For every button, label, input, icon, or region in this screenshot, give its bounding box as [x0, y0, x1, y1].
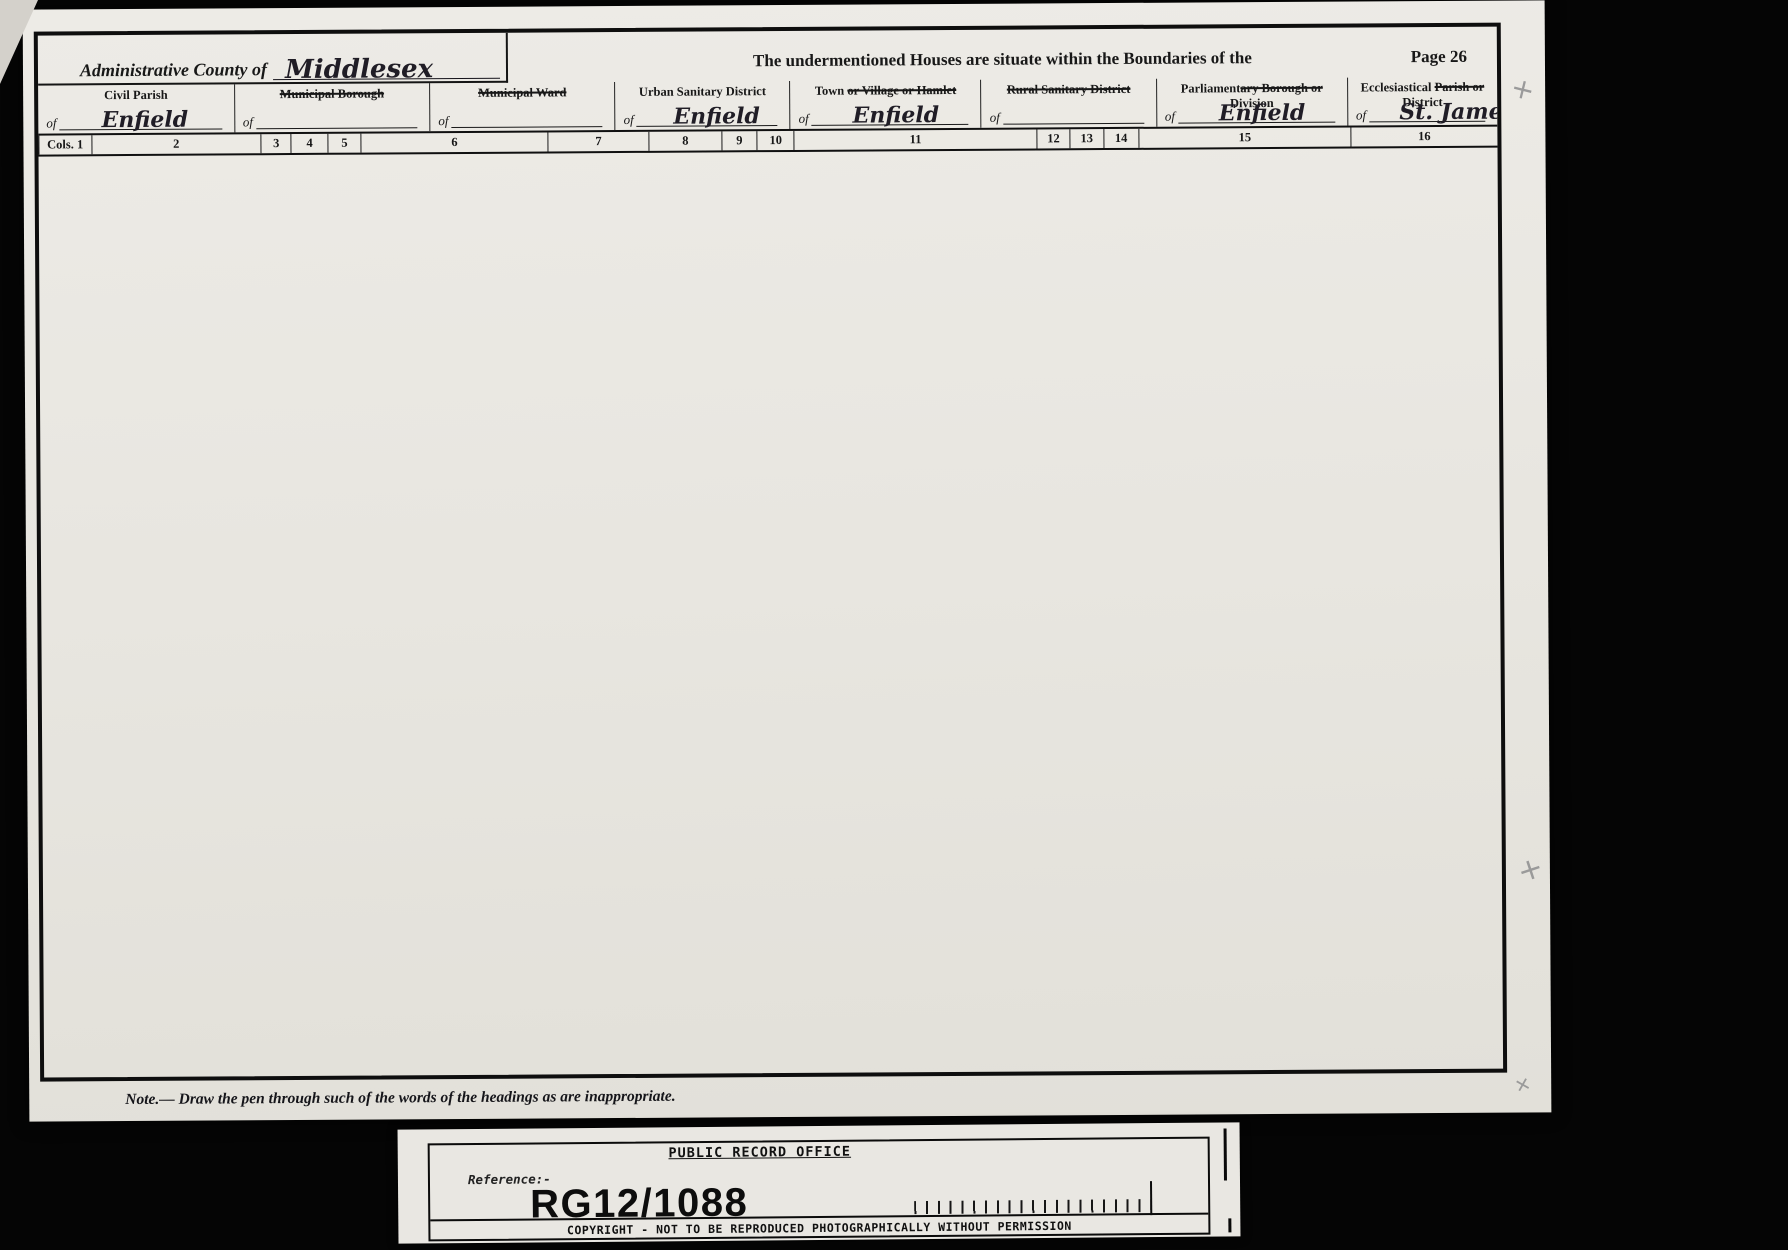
district-cell: Civil ParishofEnfield	[38, 84, 234, 133]
form-frame: Administrative County of Middlesex The u…	[34, 23, 1507, 1082]
district-of-line: of	[438, 112, 602, 128]
district-header-row: Civil ParishofEnfieldMunicipal Boroughof…	[38, 77, 1497, 136]
admin-row: Administrative County of Middlesex The u…	[38, 27, 1497, 86]
district-underline: Enfield	[59, 125, 221, 130]
ruler-scale-bottom	[914, 1181, 1152, 1217]
column-number: 3	[261, 134, 291, 154]
column-number: 10	[757, 131, 794, 151]
scan-edge-mark	[1224, 1128, 1227, 1180]
page-number: Page 26	[1411, 47, 1467, 67]
district-of-word: of	[799, 111, 809, 126]
column-number: 4	[291, 134, 327, 154]
district-label: Town or Village or Hamlet	[790, 83, 980, 99]
district-label-struck: Parish or	[1435, 80, 1485, 94]
pro-box: PUBLIC RECORD OFFICE Reference:- RG12/10…	[428, 1137, 1211, 1242]
district-label: Municipal Borough	[235, 86, 430, 102]
column-number: 14	[1103, 129, 1138, 149]
district-cell: Town or Village or HamletofEnfield	[789, 80, 980, 129]
column-number: 2	[91, 134, 261, 155]
column-number: 7	[548, 132, 649, 153]
district-of-word: of	[46, 115, 56, 130]
district-underline	[451, 123, 602, 128]
district-value: St. James	[1399, 100, 1507, 127]
note-line: Note.— Draw the pen through such of the …	[125, 1088, 675, 1109]
column-number: 16	[1351, 127, 1498, 148]
district-underline	[1003, 120, 1144, 125]
pro-reference-strip: PUBLIC RECORD OFFICE Reference:- RG12/10…	[398, 1122, 1241, 1243]
district-label-struck: Rural Sanitary District	[1007, 82, 1131, 97]
district-of-line: ofSt. James	[1356, 106, 1485, 122]
column-number: 9	[722, 131, 757, 151]
margin-pencil-mark: +	[1510, 853, 1551, 888]
district-of-line: of	[990, 108, 1144, 124]
district-value: Enfield	[1219, 101, 1306, 127]
district-underline: Enfield	[637, 122, 778, 127]
district-label: Urban Sanitary District	[615, 84, 789, 100]
district-cell: Urban Sanitary DistrictofEnfield	[614, 81, 789, 130]
district-of-line: ofEnfield	[1165, 107, 1335, 123]
admin-county-underline: Middlesex	[273, 55, 500, 80]
district-underline: St. James	[1369, 118, 1485, 123]
district-label-struck: or Village or Hamlet	[847, 83, 956, 98]
district-value: Enfield	[673, 104, 760, 130]
district-label: Civil Parish	[38, 87, 234, 103]
ruler-ticks	[914, 1199, 1150, 1214]
district-of-word: of	[990, 109, 1000, 124]
district-label-text: Civil Parish	[104, 88, 168, 102]
column-number: 13	[1070, 129, 1103, 149]
district-label-text: Town	[815, 84, 848, 98]
district-label-struck: Municipal Borough	[280, 86, 384, 101]
district-of-word: of	[1356, 107, 1366, 122]
district-value: Enfield	[102, 108, 189, 134]
column-number: 11	[794, 129, 1037, 150]
column-number: 15	[1139, 128, 1351, 149]
district-of-word: of	[243, 114, 253, 129]
district-of-word: of	[438, 113, 448, 128]
district-cell: Ecclesiastical Parish orDistrictofSt. Ja…	[1347, 77, 1498, 126]
district-underline	[256, 124, 417, 129]
census-scan: Administrative County of Middlesex The u…	[0, 0, 1788, 1250]
admin-county-label: Administrative County of	[80, 59, 267, 81]
district-label-text: Urban Sanitary District	[639, 84, 766, 99]
district-of-line: ofEnfield	[46, 114, 222, 130]
district-label-text: Parliament	[1181, 81, 1241, 95]
district-of-word: of	[624, 112, 634, 127]
margin-pencil-mark: +	[1508, 1070, 1536, 1101]
district-label-struck: ary Borough or	[1240, 81, 1323, 96]
pro-office-title: PUBLIC RECORD OFFICE	[550, 1143, 970, 1163]
district-cell: Parliamentary Borough orDivisionofEnfiel…	[1156, 78, 1347, 127]
admin-county-box: Administrative County of Middlesex	[38, 33, 508, 86]
column-number: 6	[361, 132, 548, 153]
district-cell: Municipal Wardof	[429, 82, 615, 131]
district-of-line: ofEnfield	[799, 110, 969, 126]
district-value: Enfield	[853, 103, 940, 129]
district-of-line: of	[243, 113, 418, 129]
district-underline: Enfield	[1178, 119, 1335, 124]
district-of-word: of	[1165, 108, 1175, 123]
district-underline: Enfield	[812, 121, 969, 126]
district-label: Rural Sanitary District	[982, 82, 1156, 98]
column-number: 12	[1037, 129, 1070, 149]
district-label-text: Ecclesiastical	[1361, 80, 1435, 94]
census-page: Administrative County of Middlesex The u…	[23, 0, 1552, 1121]
district-cell: Municipal Boroughof	[234, 83, 430, 132]
column-number: Cols. 1	[39, 135, 92, 155]
district-cell: Rural Sanitary Districtof	[981, 79, 1156, 128]
district-label-struck: Municipal Ward	[478, 85, 566, 100]
column-number: 8	[649, 131, 722, 151]
district-of-line: ofEnfield	[624, 111, 778, 127]
district-label: Municipal Ward	[430, 85, 614, 101]
column-number: 5	[328, 134, 361, 154]
margin-pencil-mark: +	[1508, 70, 1539, 108]
admin-county-value: Middlesex	[285, 54, 433, 85]
scan-edge-mark	[1228, 1218, 1231, 1232]
